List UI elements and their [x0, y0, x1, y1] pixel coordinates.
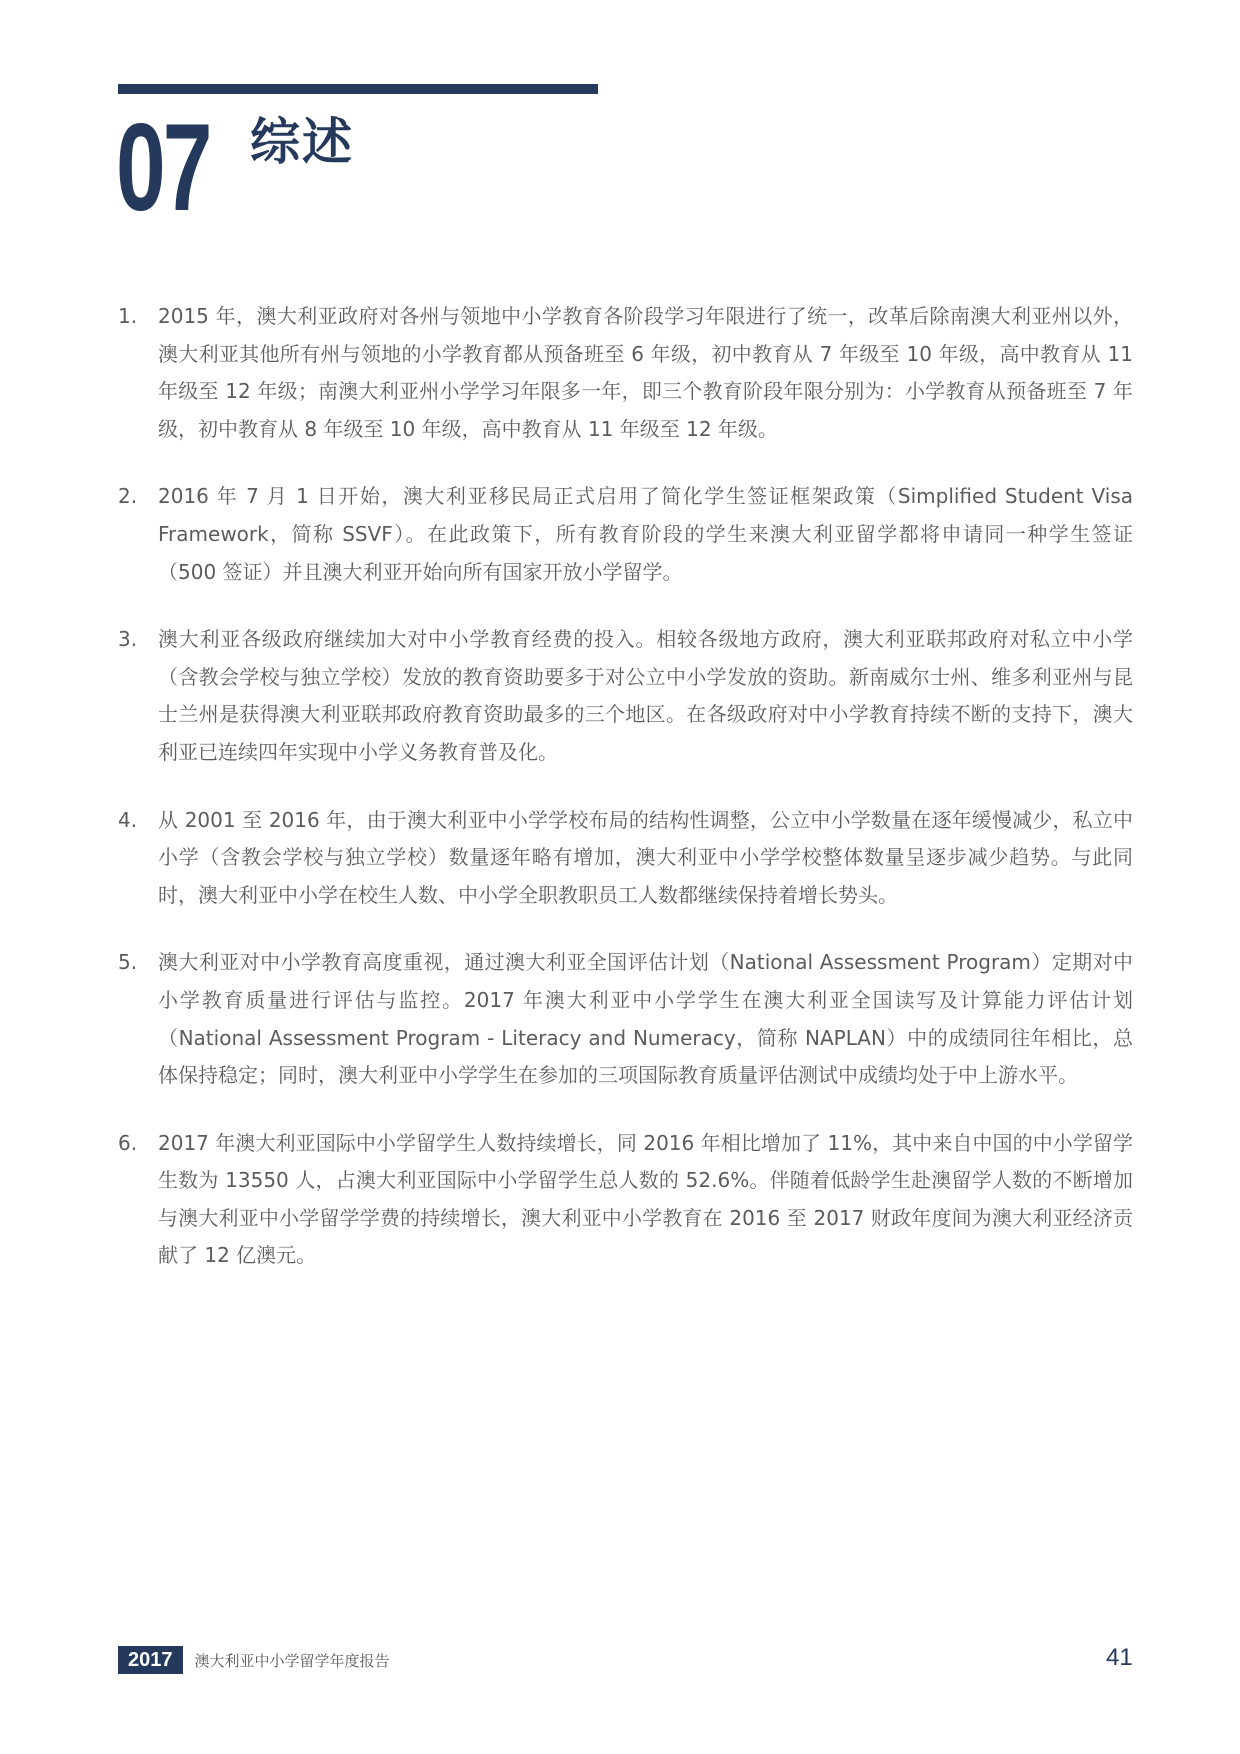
list-item: 3. 澳大利亚各级政府继续加大对中小学教育经费的投入。相较各级地方政府，澳大利亚… [118, 621, 1133, 771]
list-item: 4. 从 2001 至 2016 年，由于澳大利亚中小学学校布局的结构性调整，公… [118, 802, 1133, 915]
summary-list: 1. 2015 年，澳大利亚政府对各州与领地中小学教育各阶段学习年限进行了统一，… [118, 298, 1133, 1305]
item-text: 澳大利亚各级政府继续加大对中小学教育经费的投入。相较各级地方政府，澳大利亚联邦政… [158, 627, 1133, 764]
item-text: 2017 年澳大利亚国际中小学留学生人数持续增长，同 2016 年相比增加了 1… [158, 1131, 1133, 1268]
page-number: 41 [1106, 1644, 1133, 1672]
item-text: 从 2001 至 2016 年，由于澳大利亚中小学学校布局的结构性调整，公立中小… [158, 808, 1133, 907]
item-text: 2016 年 7 月 1 日开始，澳大利亚移民局正式启用了简化学生签证框架政策（… [158, 484, 1133, 583]
item-number: 4. [118, 802, 137, 840]
item-text: 澳大利亚对中小学教育高度重视，通过澳大利亚全国评估计划（National Ass… [158, 950, 1133, 1087]
footer-year-badge: 2017 [118, 1646, 183, 1674]
page-footer: 2017 澳大利亚中小学留学年度报告 [118, 1645, 390, 1675]
chapter-number: 07 [116, 106, 210, 230]
header-accent-bar [118, 84, 598, 94]
item-number: 3. [118, 621, 137, 659]
list-item: 2. 2016 年 7 月 1 日开始，澳大利亚移民局正式启用了简化学生签证框架… [118, 478, 1133, 591]
item-number: 6. [118, 1125, 137, 1163]
footer-report-title: 澳大利亚中小学留学年度报告 [195, 1650, 390, 1671]
list-item: 6. 2017 年澳大利亚国际中小学留学生人数持续增长，同 2016 年相比增加… [118, 1125, 1133, 1275]
item-text: 2015 年，澳大利亚政府对各州与领地中小学教育各阶段学习年限进行了统一，改革后… [158, 304, 1133, 441]
list-item: 1. 2015 年，澳大利亚政府对各州与领地中小学教育各阶段学习年限进行了统一，… [118, 298, 1133, 448]
item-number: 2. [118, 478, 137, 516]
chapter-title: 综述 [250, 112, 354, 172]
item-number: 1. [118, 298, 137, 336]
item-number: 5. [118, 944, 137, 982]
list-item: 5. 澳大利亚对中小学教育高度重视，通过澳大利亚全国评估计划（National … [118, 944, 1133, 1094]
